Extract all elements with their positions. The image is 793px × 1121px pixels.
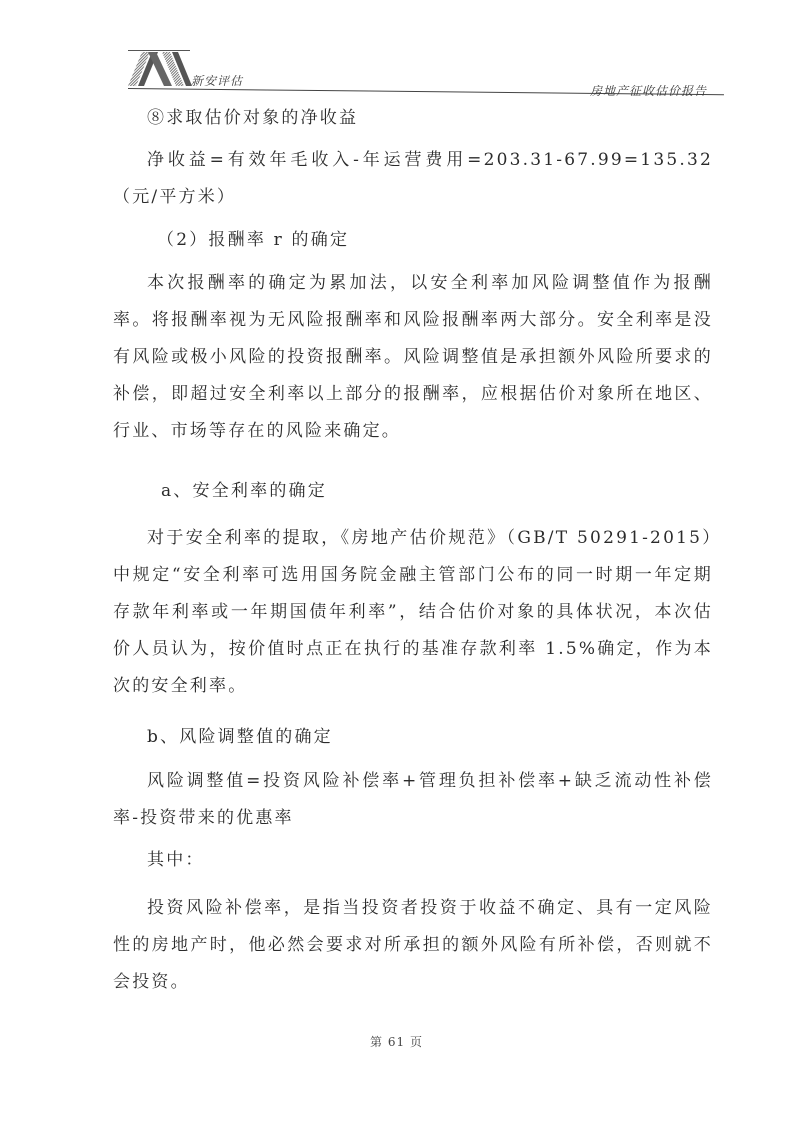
company-name: 新安评估 xyxy=(191,72,243,89)
investment-risk-paragraph: 投资风险补偿率，是指当投资者投资于收益不确定、具有一定风险性的房地产时，他必然会… xyxy=(113,890,713,1001)
company-logo-icon xyxy=(128,48,192,88)
page-header: 新安评估 房地产征收估价报告 xyxy=(0,0,793,110)
sub-a-paragraph: 对于安全利率的提取，《房地产估价规范》（GB/T 50291-2015）中规定“… xyxy=(113,520,713,705)
section2-paragraph: 本次报酬率的确定为累加法，以安全利率加风险调整值作为报酬率。将报酬率视为无风险报… xyxy=(113,265,713,450)
risk-adjustment-formula: 风险调整值=投资风险补偿率+管理负担补偿率+缺乏流动性补偿率-投资带来的优惠率 xyxy=(113,763,713,837)
section2-heading: （2）报酬率 r 的确定 xyxy=(157,222,349,259)
net-income-formula: 净收益=有效年毛收入-年运营费用=203.31-67.99=135.32（元/平… xyxy=(113,142,713,216)
report-title: 房地产征收估价报告 xyxy=(590,82,707,99)
item8-heading: ⑧求取估价对象的净收益 xyxy=(147,100,358,137)
sub-b-heading: b、风险调整值的确定 xyxy=(147,719,333,756)
among-label: 其中： xyxy=(147,842,205,879)
sub-a-heading: a、安全利率的确定 xyxy=(161,473,327,510)
page-number: 第 61 页 xyxy=(0,1033,793,1050)
